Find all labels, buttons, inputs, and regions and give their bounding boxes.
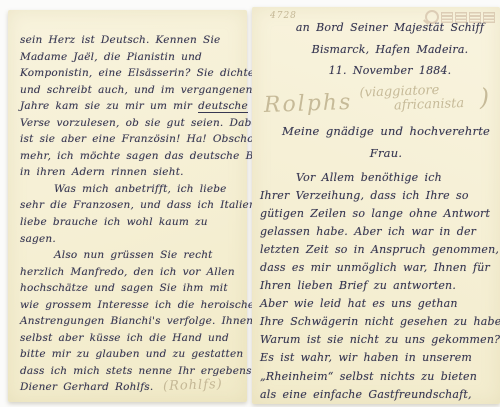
handwriting-line: Ihren lieben Brief zu antworten. [260, 277, 494, 295]
letter-body: Vor Allem benöthige ichIhrer Verzeihung,… [260, 169, 494, 404]
handwriting-line: als eine einfache Gastfreundschaft, [260, 386, 494, 404]
handwriting-line: ist sie aber eine Französin! Ha! Obschon [20, 131, 243, 148]
handwriting-line: selbst aber küsse ich die Hand und [20, 330, 243, 347]
handwriting-line: letzten Zeit so in Anspruch genommen, [260, 241, 494, 259]
handwriting-line: Was mich anbetrifft, ich liebe [20, 181, 243, 198]
handwriting-line: 11. November 1884. [288, 60, 492, 82]
pencil-annotation-line2: africanista [394, 96, 465, 113]
handwriting-line: herzlich Manfredo, den ich vor Allen [20, 264, 243, 281]
handwriting-line: „Rheinheim“ selbst nichts zu bieten [260, 368, 494, 386]
underlined-word: deutsche [198, 100, 248, 113]
auction-watermark [425, 10, 495, 24]
letter-page-left: sein Herz ist Deutsch. Kennen SieMadame … [8, 10, 247, 402]
handwriting-line: Frau. [282, 142, 490, 164]
watermark-glyphs [441, 12, 495, 23]
handwriting-line: sein Herz ist Deutsch. Kennen Sie [20, 32, 243, 49]
handwriting-line: gelassen habe. Aber ich war in der [260, 223, 494, 241]
handwriting-line: hochschätze und sagen Sie ihm mit [20, 280, 243, 297]
line-text: Jahre kam sie zu mir um mir [20, 100, 198, 112]
handwriting-line: Vor Allem benöthige ich [260, 169, 494, 187]
pencil-annotation: Rolphs (viaggiatore africanista ) [261, 81, 494, 131]
handwriting-line: Verse vorzulesen, ob sie gut seien. Dabe… [20, 115, 243, 132]
left-page-text: sein Herz ist Deutsch. Kennen SieMadame … [20, 32, 243, 396]
paragraph-2: Was mich anbetrifft, ich liebesehr die F… [20, 181, 243, 247]
handwriting-line: Ihre Schwägerin nicht gesehen zu haben! [260, 313, 494, 331]
handwriting-line: liebe brauche ich wohl kaum zu [20, 214, 243, 231]
handwriting-line: dass es mir unmöglich war, Ihnen für [260, 259, 494, 277]
paragraph-1a: sein Herz ist Deutsch. Kennen SieMadame … [20, 32, 243, 98]
handwriting-line: Anstrengungen Bianchi's verfolge. Ihnen [20, 313, 243, 330]
handwriting-line: Ihrer Verzeihung, dass ich Ihre so [260, 187, 494, 205]
magnifier-icon [425, 10, 439, 24]
pencil-catalog-number: 4728 [270, 11, 297, 21]
letter-header: an Bord Seiner Majestät SchiffBismarck, … [288, 17, 492, 82]
handwriting-line: Es ist wahr, wir haben in unserem [260, 349, 494, 367]
letter-scan: sein Herz ist Deutsch. Kennen SieMadame … [0, 0, 500, 407]
handwriting-line: Warum ist sie nicht zu uns gekommen? [260, 331, 494, 349]
handwriting-line: und schreibt auch, und im vergangenen [20, 82, 243, 99]
pencil-annotation-name: Rolphs [263, 90, 352, 118]
handwriting-line: bitte mir zu glauben und zu gestatten [20, 346, 243, 363]
pencil-annotation-paren: ) [479, 83, 489, 111]
paragraph-1b: Verse vorzulesen, ob sie gut seien. Dabe… [20, 115, 243, 181]
handwriting-line: Madame Jaël, die Pianistin und [20, 49, 243, 66]
handwriting-line: sehr die Franzosen, und dass ich Italien [20, 197, 243, 214]
handwriting-line: Also nun grüssen Sie recht [20, 247, 243, 264]
handwriting-line: in ihren Adern rinnen sieht. [20, 164, 243, 181]
letter-page-right: 4728 an Bord Seiner Majestät SchiffBisma… [252, 7, 500, 404]
paragraph-3: Also nun grüssen Sie rechtherzlich Manfr… [20, 247, 243, 396]
handwriting-line: Bismarck, Hafen Madeira. [288, 39, 492, 61]
handwriting-line: wie grossem Interesse ich die heroischen [20, 297, 243, 314]
handwriting-line: Komponistin, eine Elsässerin? Sie dichte… [20, 65, 243, 82]
pencil-note-rohlfs: (Rohlfs) [163, 377, 223, 394]
handwriting-line: Aber wie leid hat es uns gethan [260, 295, 494, 313]
handwriting-line-underlined: Jahre kam sie zu mir um mir deutsche [20, 98, 243, 115]
handwriting-line: mehr, ich möchte sagen das deutsche Blut [20, 148, 243, 165]
handwriting-line: gütigen Zeilen so lange ohne Antwort [260, 205, 494, 223]
handwriting-line: sagen. [20, 231, 243, 248]
